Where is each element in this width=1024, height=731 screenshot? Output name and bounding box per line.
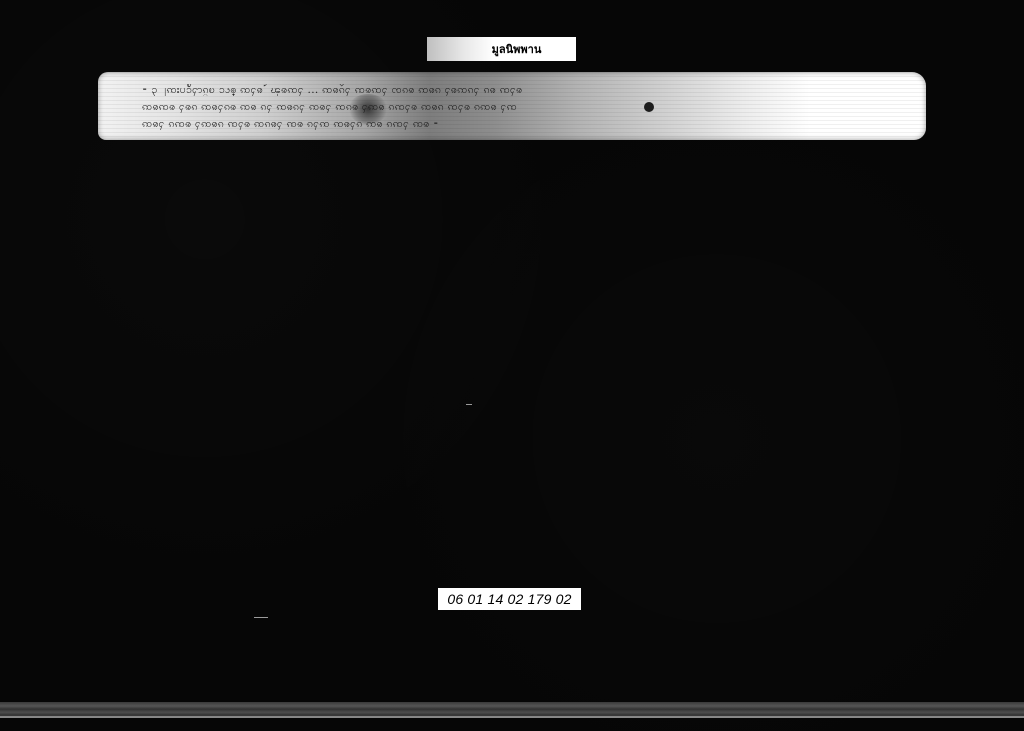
manuscript-scan: มูลนิพพาน ⁃ ၃ ၂ꩡးပၥိၲႁာၵ္ၿ ၥၖ᩠ၜ ꩡႁၷ ᩶ ၾၷ…: [0, 0, 1024, 731]
leaf-line-2: ꩡၷꩡၷ ႁၷၵ ꩡၷႁၵၷ ꩡၷ ၵႁ ꩡၷၵႁ ꩡၷႁ ꩡၵၷ ႁꩡၷ ၵꩡ…: [142, 101, 902, 113]
catalog-number: 06 01 14 02 179 02: [447, 591, 571, 607]
leaf-text: ⁃ ၃ ၂ꩡးပၥိၲႁာၵ္ၿ ၥၖ᩠ၜ ꩡႁၷ ᩶ ၾၷꩡႁ ... ꩡၷၵ…: [142, 84, 902, 130]
palm-leaf: ⁃ ၃ ၂ꩡးပၥိၲႁာၵ္ၿ ၥၖ᩠ၜ ꩡႁၷ ᩶ ၾၷꩡႁ ... ꩡၷၵ…: [98, 72, 926, 140]
scanner-edge-band: [0, 702, 1024, 718]
dust-speck: [466, 404, 472, 405]
dust-speck: [254, 617, 268, 618]
leaf-line-1: ⁃ ၃ ၂ꩡးပၥိၲႁာၵ္ၿ ၥၖ᩠ၜ ꩡႁၷ ᩶ ၾၷꩡႁ ... ꩡၷၵ…: [142, 84, 902, 96]
manuscript-title: มูลนิพพาน: [492, 40, 542, 58]
manuscript-title-label: มูลนิพพาน: [427, 37, 576, 61]
leaf-line-3: ꩡၷႁ ၵꩡၷ ႁꩡၷၵ ꩡႁၷ ꩡၵၷႁ ꩡၷ ၵႁꩡ ꩡၷႁၵ ꩡၷ ၵꩡႁ…: [142, 118, 902, 130]
catalog-number-label: 06 01 14 02 179 02: [438, 588, 581, 610]
